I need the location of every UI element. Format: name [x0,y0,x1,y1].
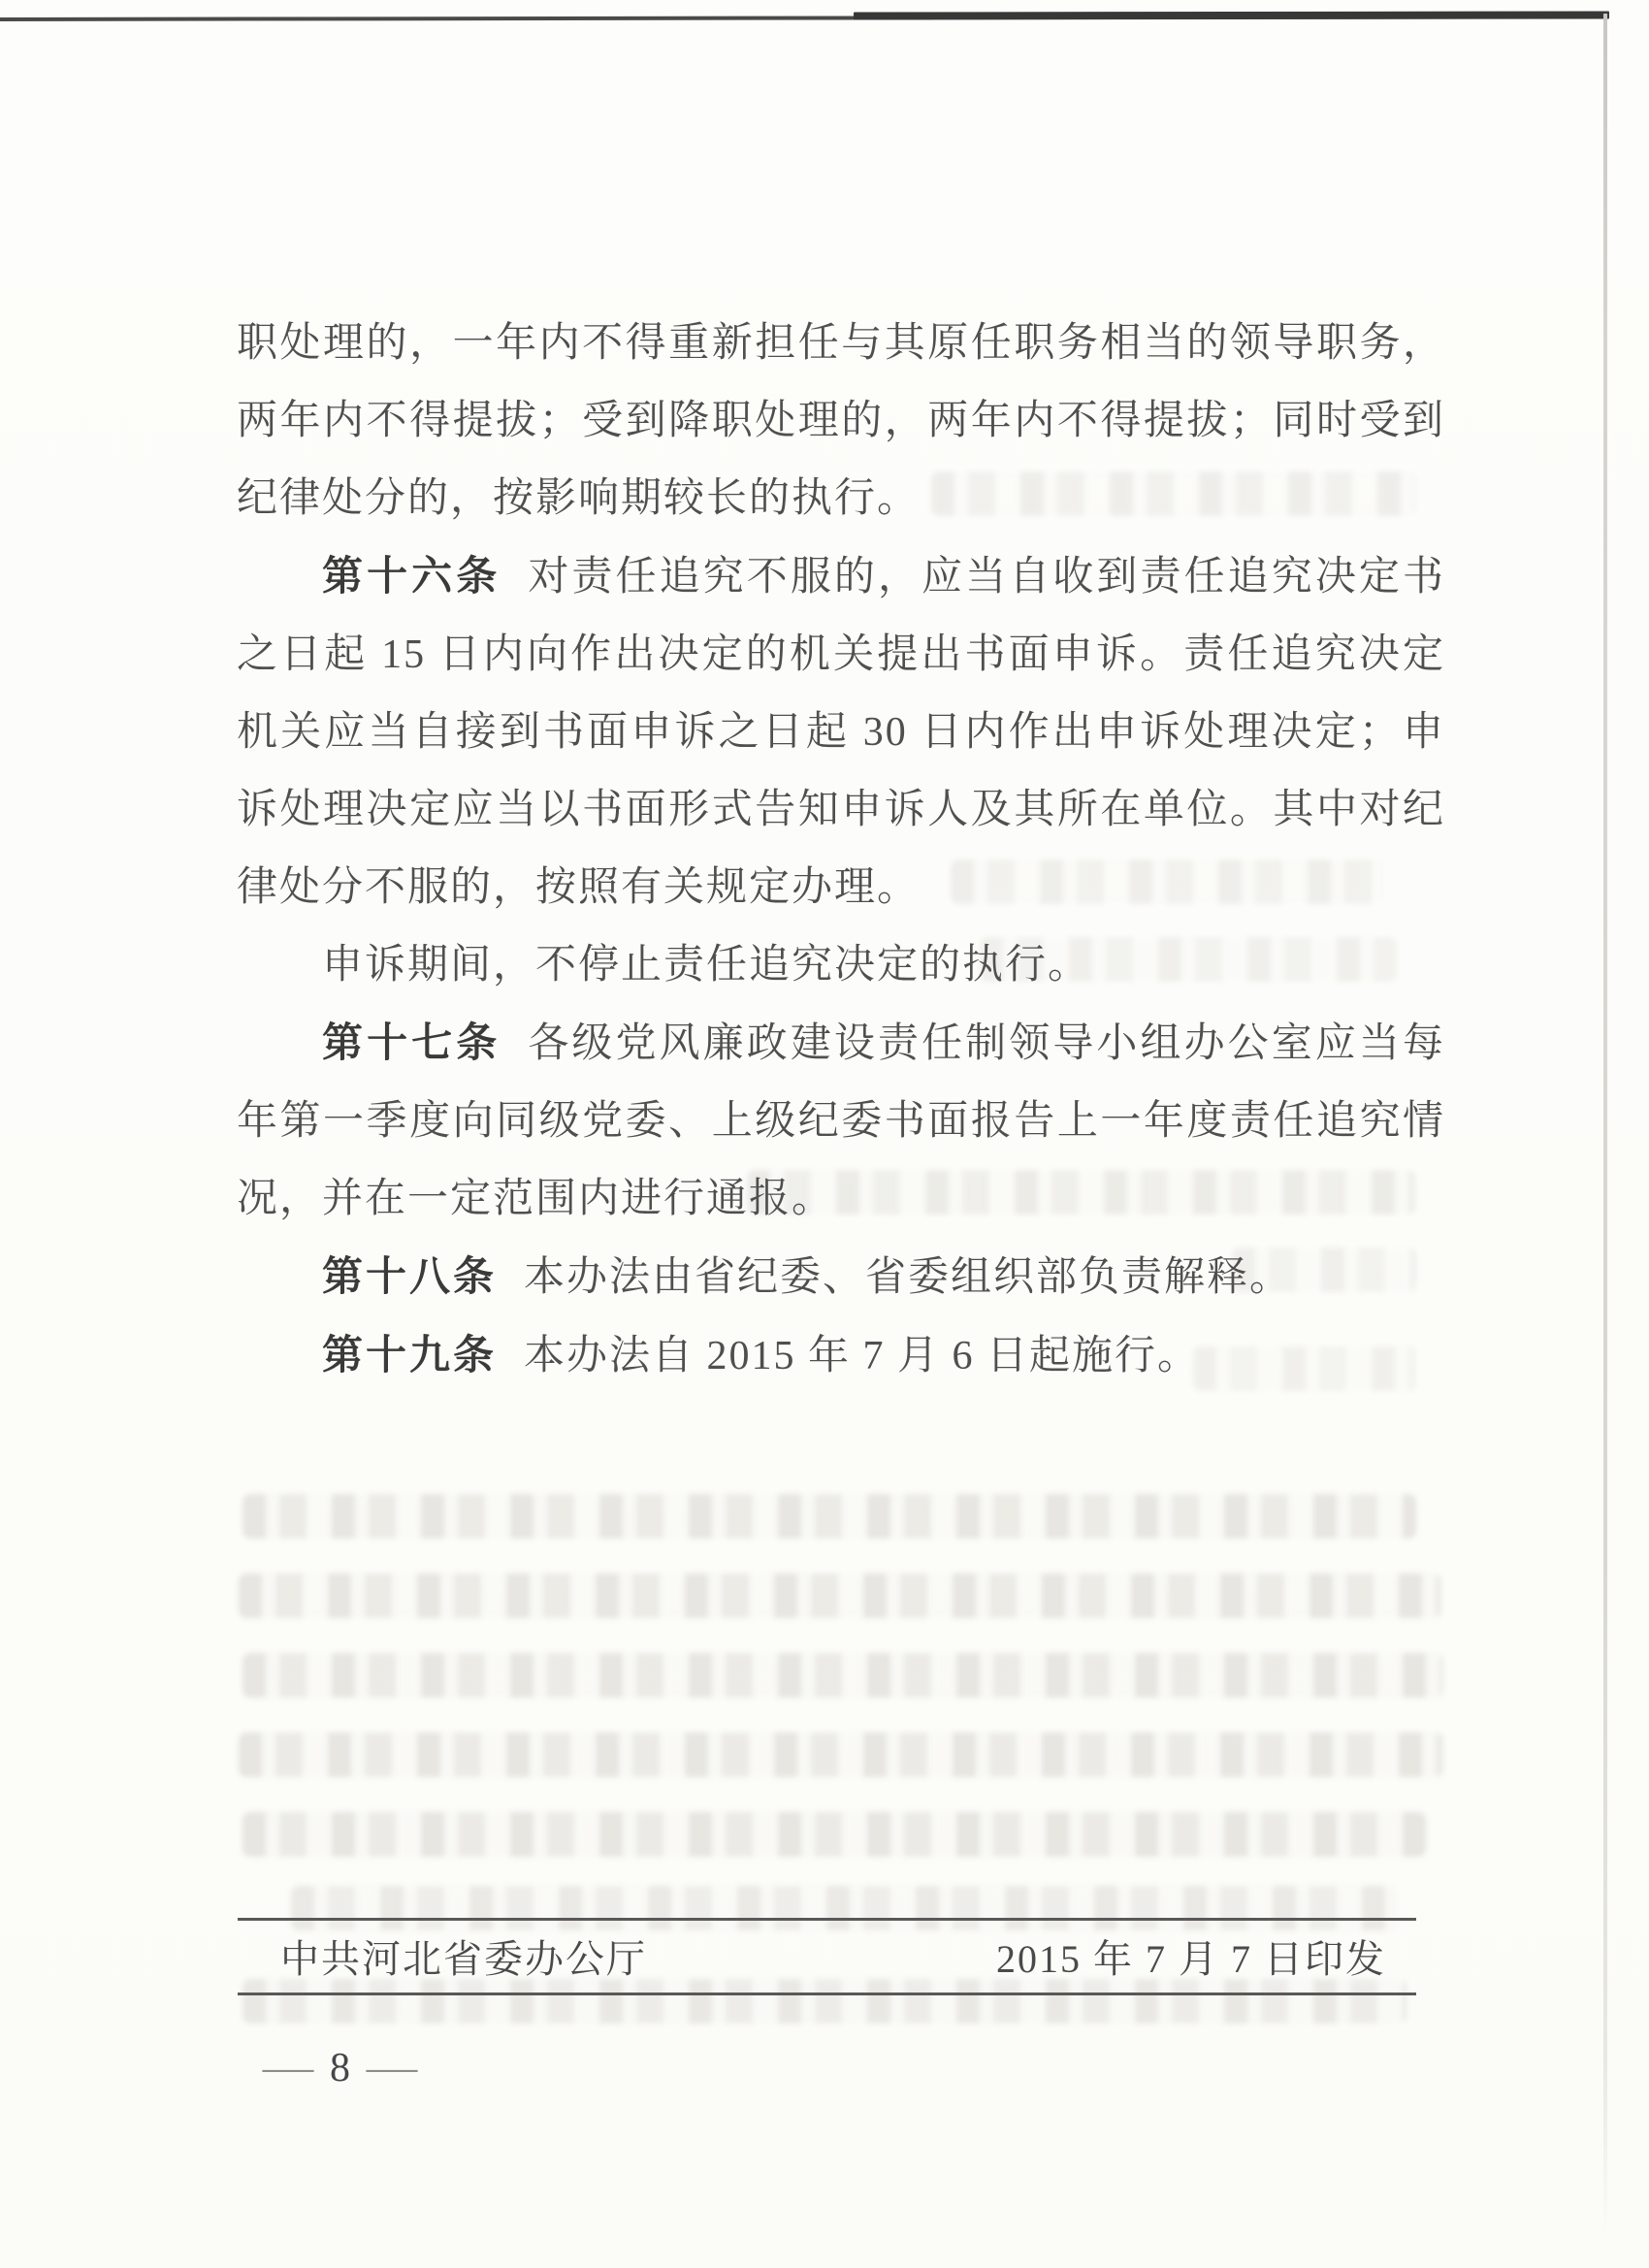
bleedthrough-text [242,1494,1416,1539]
article-17: 第十七条各级党风廉政建设责任制领导小组办公室应当每年第一季度向同级党委、上级纪委… [237,1004,1445,1238]
scan-edge-right-line [1603,14,1607,2235]
article-19-text: 本办法自 2015 年 7 月 6 日起施行。 [524,1334,1200,1378]
paragraph-appeal-period: 申诉期间，不停止责任追究决定的执行。 [237,926,1445,1004]
bleedthrough-text [242,1812,1426,1857]
document-body-text: 职处理的，一年内不得重新担任与其原任职务相当的领导职务，两年内不得提拔；受到降职… [237,305,1445,1395]
article-16: 第十六条对责任追究不服的，应当自收到责任追究决定书之日起 15 日内向作出决定的… [237,537,1445,926]
footer-issuer: 中共河北省委办公厅 [280,1935,647,1984]
bleedthrough-text [291,1886,1397,1930]
page-number-value: 8 [330,2045,350,2091]
article-16-number: 第十六条 [322,553,501,599]
bleedthrough-text [239,1733,1443,1777]
scan-edge-top-line [0,16,931,21]
article-19: 第十九条本办法自 2015 年 7 月 6 日起施行。 [237,1316,1445,1395]
page-number-dash-right: — [367,2045,418,2091]
footer: 中共河北省委办公厅 2015 年 7 月 7 日印发 [280,1935,1386,1984]
paragraph-continuation: 职处理的，一年内不得重新担任与其原任职务相当的领导职务，两年内不得提拔；受到降职… [237,305,1445,537]
bleedthrough-text [239,1573,1441,1618]
paragraph-text: 申诉期间，不停止责任追究决定的执行。 [322,943,1090,988]
article-16-text: 对责任追究不服的，应当自收到责任追究决定书之日起 15 日内向作出决定的机关提出… [237,555,1445,910]
document-page: 职处理的，一年内不得重新担任与其原任职务相当的领导职务，两年内不得提拔；受到降职… [0,0,1649,2268]
footer-print-date: 2015 年 7 月 7 日印发 [996,1935,1386,1984]
paragraph-text: 职处理的，一年内不得重新担任与其原任职务相当的领导职务，两年内不得提拔；受到降职… [237,321,1445,521]
scan-edge-top-line-thick [854,11,1609,19]
bleedthrough-text [242,1653,1443,1698]
footer-rule-top [238,1918,1416,1921]
bleedthrough-text [242,1979,1406,2024]
article-18: 第十八条本办法由省纪委、省委组织部负责解释。 [237,1238,1445,1316]
article-18-text: 本办法由省纪委、省委组织部负责解释。 [524,1255,1292,1300]
page-number: — 8 — [268,2045,412,2091]
page-number-dash-left: — [263,2045,314,2091]
article-18-number: 第十八条 [322,1253,497,1299]
article-17-number: 第十七条 [322,1020,501,1065]
article-19-number: 第十九条 [322,1332,497,1377]
footer-rule-bottom [238,1993,1416,1995]
